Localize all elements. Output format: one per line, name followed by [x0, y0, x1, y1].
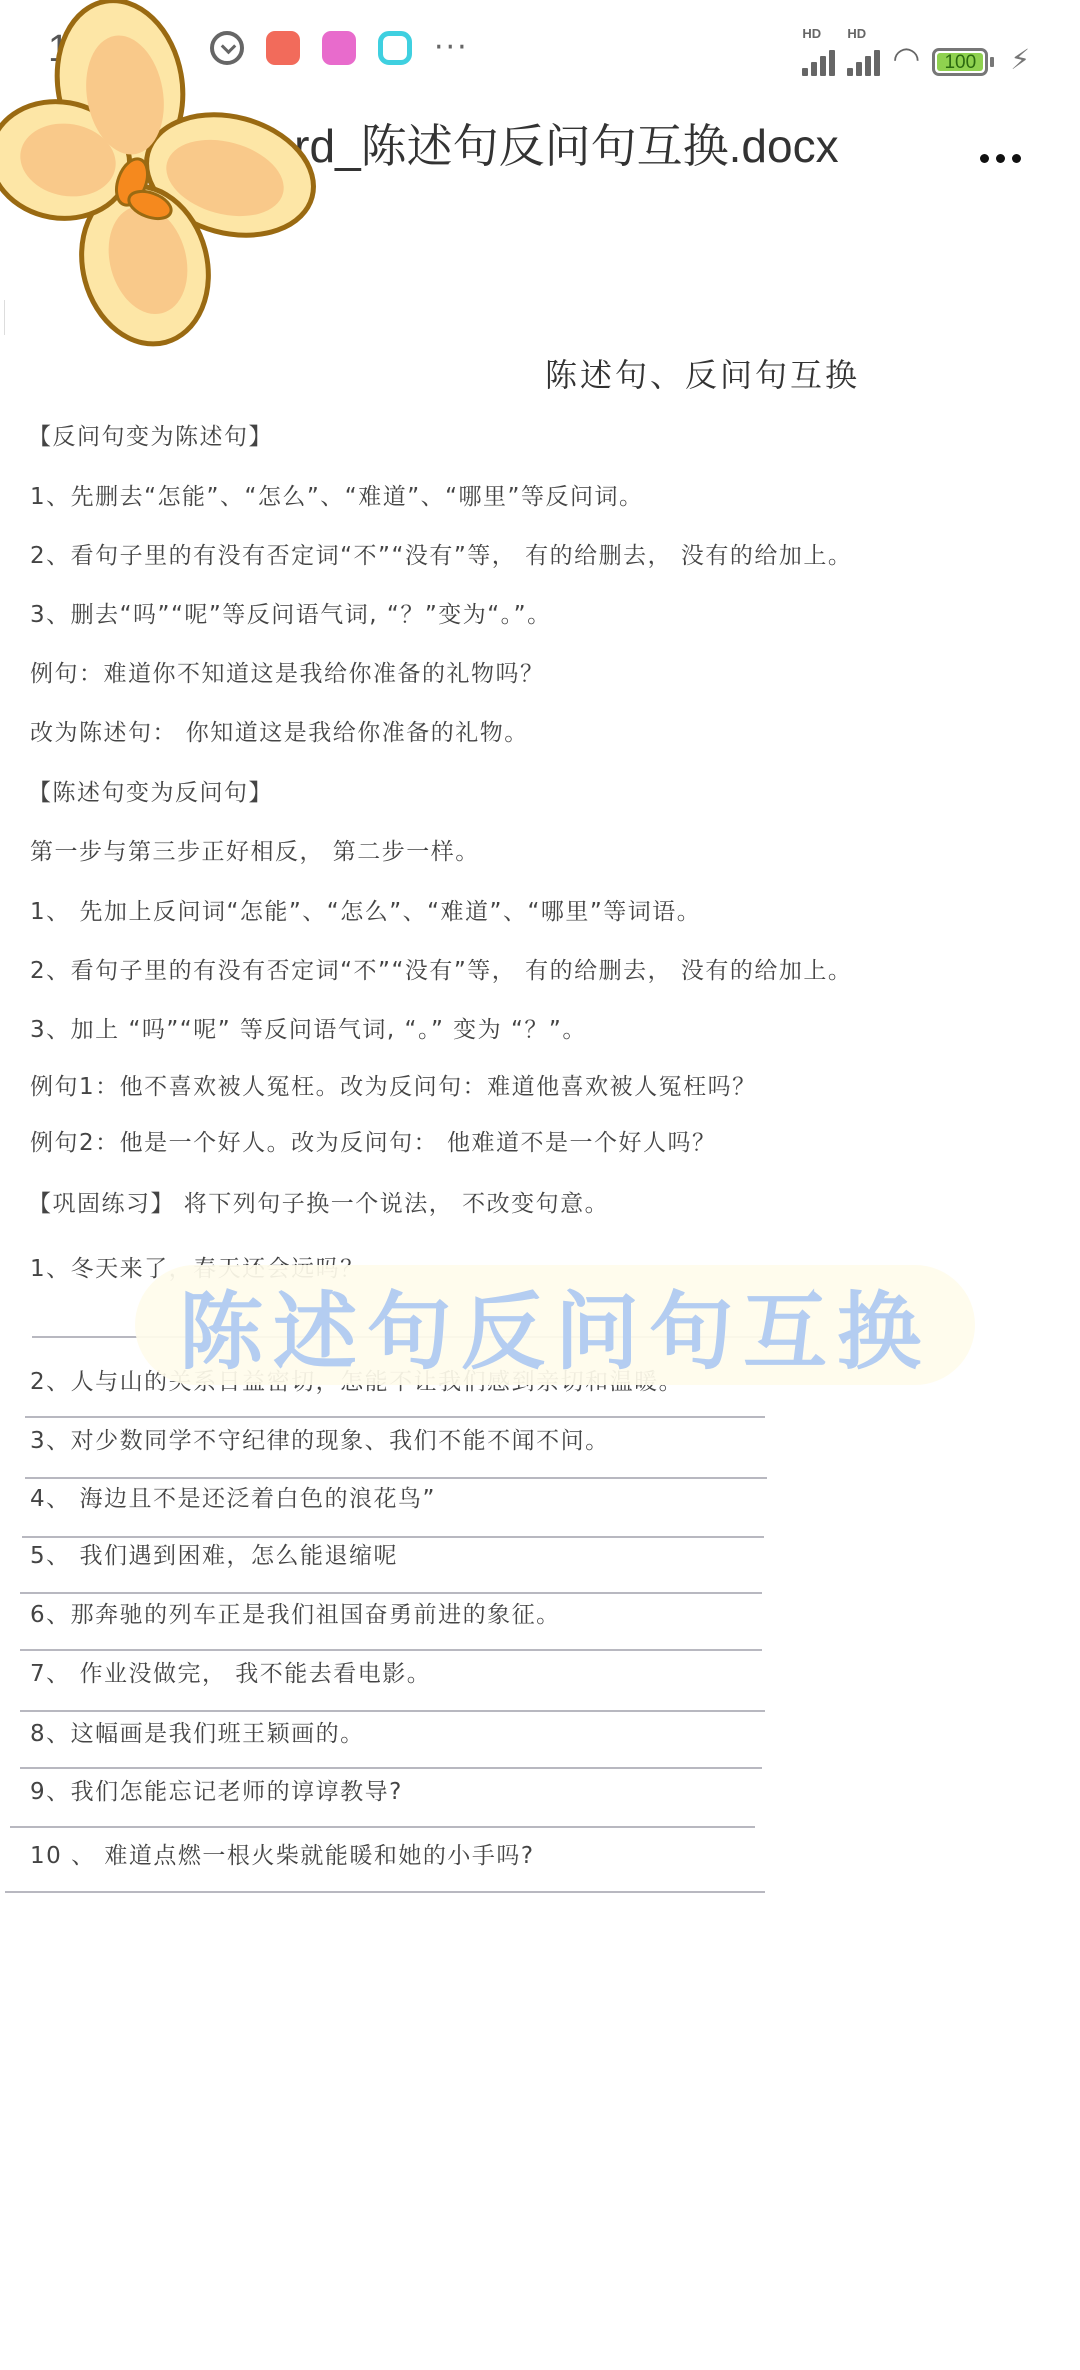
dot-icon — [996, 154, 1005, 163]
intro-line: 第一步与第三步正好相反， 第二步一样。 — [30, 833, 480, 866]
cellular-signal-icon: HD — [802, 30, 835, 76]
practice-item: 5、 我们遇到困难，怎么能退缩呢 — [30, 1537, 398, 1570]
practice-item: 9、我们怎能忘记老师的谆谆教导? — [30, 1773, 403, 1806]
document-title: 陈述句、反问句互换 — [545, 350, 860, 396]
step-line: 2、看句子里的有没有否定词“不”“没有”等， 有的给删去， 没有的给加上。 — [30, 952, 852, 985]
example-line: 例句：难道你不知道这是我给你准备的礼物吗？ — [30, 655, 545, 688]
app-notification-icon — [378, 31, 412, 65]
answer-rule — [25, 1416, 765, 1418]
answer-rule — [20, 1710, 765, 1712]
step-line: 1、先删去“怎能”、“怎么”、“难道”、“哪里”等反问词。 — [30, 478, 643, 511]
answer-rule — [5, 1891, 765, 1893]
answer-line: 改为陈述句： 你知道这是我给你准备的礼物。 — [30, 714, 529, 747]
step-line: 3、加上 “吗”“呢” 等反问语气词, “。” 变为 “？”。 — [30, 1011, 587, 1044]
practice-item: 10 、 难道点燃一根火柴就能暖和她的小手吗? — [30, 1837, 535, 1870]
cellular-signal-icon: HD — [847, 30, 880, 76]
practice-item: 6、那奔驰的列车正是我们祖国奋勇前进的象征。 — [30, 1596, 561, 1629]
charging-icon: ⚡︎ — [1010, 43, 1030, 76]
practice-item: 8、这幅画是我们班王颖画的。 — [30, 1715, 365, 1748]
hd-label: HD — [802, 26, 821, 41]
answer-rule — [20, 1649, 762, 1651]
battery-icon: 100 — [932, 48, 994, 76]
section-heading: 【反问句变为陈述句】 — [28, 418, 273, 451]
example-line: 例句1：他不喜欢被人冤枉。改为反问句：难道他喜欢被人冤枉吗？ — [30, 1068, 757, 1101]
dot-icon — [1012, 154, 1021, 163]
practice-item: 7、 作业没做完， 我不能去看电影。 — [30, 1655, 431, 1688]
answer-rule — [25, 1477, 767, 1479]
battery-level: 100 — [937, 53, 983, 71]
answer-rule — [20, 1767, 762, 1769]
practice-item: 4、 海边且不是还泛着白色的浪花鸟” — [30, 1480, 436, 1513]
example-line: 例句2：他是一个好人。改为反问句： 他难道不是一个好人吗？ — [30, 1124, 716, 1157]
practice-heading: 【巩固练习】 将下列句子换一个说法， 不改变句意。 — [28, 1185, 609, 1218]
watermark-text: 陈述句反问句互换 — [179, 1265, 931, 1386]
step-line: 3、删去“吗”“呢”等反问语气词, “？”变为“。”。 — [30, 596, 552, 629]
dot-icon — [980, 154, 989, 163]
system-icons: HD HD ◠ 100 ⚡︎ — [802, 30, 1030, 76]
step-line: 2、看句子里的有没有否定词“不”“没有”等， 有的给删去， 没有的给加上。 — [30, 537, 852, 570]
watermark-banner: 陈述句反问句互换 — [135, 1265, 975, 1385]
practice-item: 3、对少数同学不守纪律的现象、我们不能不闻不问。 — [30, 1422, 610, 1455]
step-line: 1、 先加上反问词“怎能”、“怎么”、“难道”、“哪里”等词语。 — [30, 893, 701, 926]
flower-sticker-icon — [0, 0, 320, 350]
wifi-icon: ◠ — [892, 40, 920, 76]
answer-rule — [10, 1826, 755, 1828]
answer-rule — [20, 1592, 762, 1594]
more-notifications-icon: ··· — [434, 30, 469, 65]
more-options-button[interactable] — [970, 138, 1030, 178]
hd-label: HD — [847, 26, 866, 41]
section-heading: 【陈述句变为反问句】 — [28, 774, 273, 807]
app-notification-icon — [322, 31, 356, 65]
